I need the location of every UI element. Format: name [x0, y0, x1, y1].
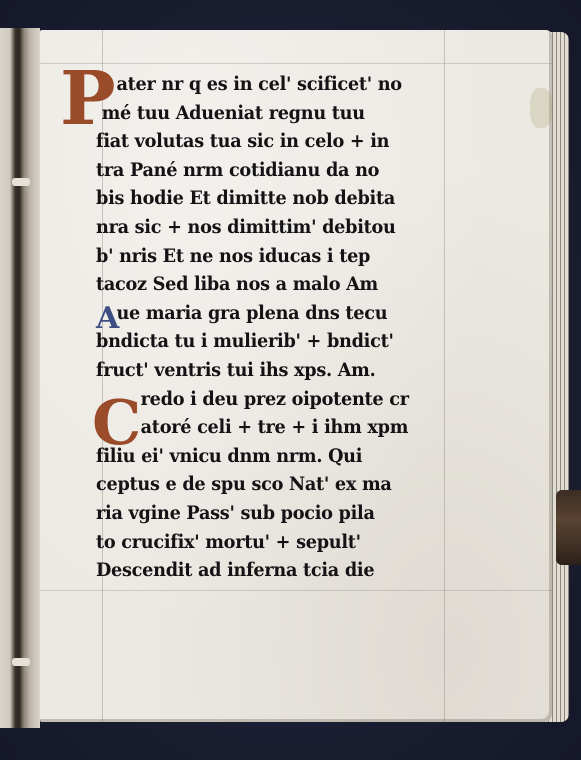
- spine-stitch: [12, 658, 30, 666]
- text-line: fiat volutas tua sic in celo + in: [96, 127, 431, 156]
- book-spine: [0, 28, 40, 728]
- text-line: mé tuu Adueniat regnu tuu: [96, 99, 431, 128]
- text-line: nra sic + nos dimittim' debitou: [96, 213, 431, 242]
- stain: [530, 88, 552, 128]
- text-line: bndicta tu i mulierib' + bndict': [96, 327, 431, 356]
- text-block: ater nr q es in cel' scificet' no mé tuu…: [96, 70, 456, 585]
- text-line: filiu ei' vnicu dnm nrm. Qui: [96, 442, 431, 471]
- text-line: redo i deu prez oipotente cr: [96, 385, 431, 414]
- clasp: [556, 490, 581, 565]
- text-line: to crucifix' mortu' + sepult': [96, 528, 431, 557]
- text-line: atoré celi + tre + i ihm xpm: [96, 413, 431, 442]
- text-line: ater nr q es in cel' scificet' no: [96, 70, 431, 99]
- text-line: ceptus e de spu sco Nat' ex ma: [96, 470, 431, 499]
- text-line: tra Pané nrm cotidianu da no: [96, 156, 431, 185]
- spine-stitch: [12, 178, 30, 186]
- text-line: b' nris Et ne nos iducas i tep: [96, 242, 431, 271]
- ruling-line-bottom: [40, 590, 552, 591]
- ruling-line-top: [40, 63, 552, 64]
- text-line: ue maria gra plena dns tecu: [96, 299, 431, 328]
- text-line: tacoz Sed liba nos a malo Am: [96, 270, 431, 299]
- text-line: ria vgine Pass' sub pocio pila: [96, 499, 431, 528]
- text-line: Descendit ad inferna tcia die: [96, 556, 431, 585]
- text-line: bis hodie Et dimitte nob debita: [96, 184, 431, 213]
- text-line: fruct' ventris tui ihs xps. Am.: [96, 356, 431, 385]
